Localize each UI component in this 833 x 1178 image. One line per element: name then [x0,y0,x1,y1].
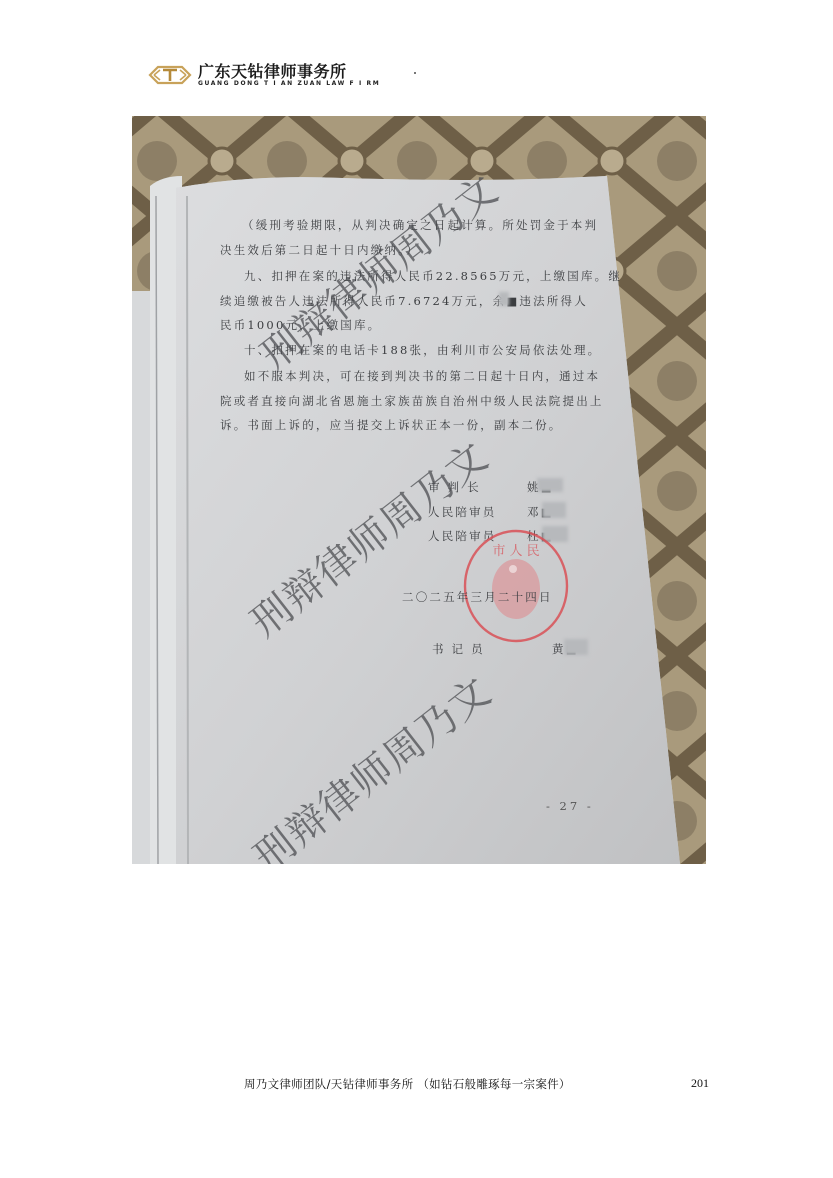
judgment-date: 二〇二五年三月二十四日 [402,589,553,605]
firm-logo: 广东天钻律师事务所 GUANG DONG T I AN ZUAN LAW F I… [148,60,380,90]
doc-line: 九、扣押在案的违法所得人民币22.8565万元，上缴国库。继 [244,268,622,284]
doc-line: 如不服本判决，可在接到判决书的第二日起十日内，通过本 [244,368,600,384]
firm-name-cn: 广东天钻律师事务所 [198,63,380,80]
stray-dot [414,72,416,74]
footer-text: 周乃文律师团队/天钻律师事务所 （如钻石般雕琢每一宗案件） [244,1076,571,1092]
court-seal-icon: 市 人 民 [461,527,571,645]
doc-line: 院或者直接向湖北省恩施土家族苗族自治州中级人民法院提出上 [220,393,604,409]
svg-text:市 人 民: 市 人 民 [492,544,539,559]
judgment-photo: （缓刑考验期限，从判决确定之日起计算。所处罚金于本判 决生效后第二日起十日内缴纳… [132,116,706,864]
firm-name-en: GUANG DONG T I AN ZUAN LAW F I RM [198,80,380,88]
clerk-role: 书 记 员 [432,641,485,657]
redaction [537,478,563,492]
footer-page-number: 201 [691,1076,709,1091]
inner-page-number: - 27 - [546,799,594,813]
redaction [499,292,509,306]
diamond-t-logo-icon [148,63,192,87]
doc-line: 诉。书面上诉的，应当提交上诉状正本一份，副本二份。 [220,417,563,433]
doc-line: 续追缴被告人违法所得人民币7.6724万元，余■违法所得人 [220,293,588,309]
redaction [564,639,588,655]
redaction [542,502,566,518]
